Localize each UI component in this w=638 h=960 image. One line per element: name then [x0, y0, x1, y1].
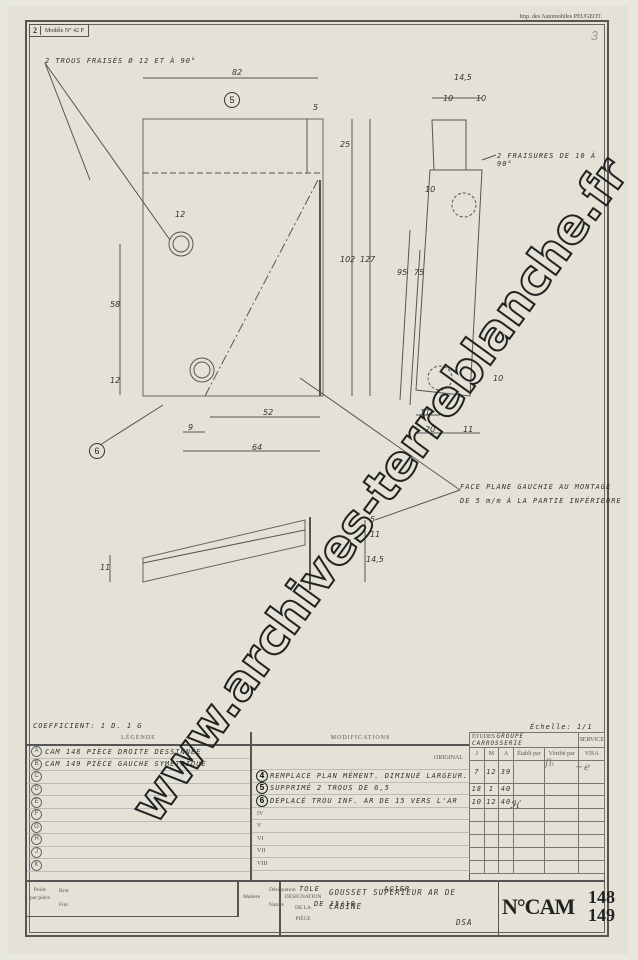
mod-row-original: ORIGINAL: [252, 746, 469, 770]
mod-mark: 4: [256, 770, 268, 782]
weight-brut: Brut: [59, 888, 69, 894]
dim-127: 127: [360, 255, 375, 264]
mod-row: VI: [252, 833, 469, 846]
original-label: ORIGINAL: [434, 755, 463, 761]
modifications-header: MODIFICATIONS: [252, 732, 469, 746]
note-face-line2: DE 5 m/m À LA PARTIE INFÉRIEURE: [460, 497, 622, 505]
dim-9: 9: [188, 423, 193, 432]
mod-mark: IV: [252, 811, 277, 817]
dim-95: 95: [397, 268, 407, 277]
mod-row: VIII: [252, 858, 469, 871]
dim-10b: 10: [476, 94, 486, 103]
part-code: DSA: [456, 918, 473, 927]
callout-6: 6: [89, 443, 105, 459]
dim-75: 75: [414, 268, 424, 277]
drawing-number-box: N°CAM 148 149: [496, 882, 632, 935]
weight-fini: Fini: [59, 902, 68, 908]
part-name-line1: GOUSSET SUPÉRIEUR AR DE: [329, 888, 456, 897]
legend-letter: B: [31, 759, 42, 770]
mod-mark: V: [252, 823, 277, 829]
mod-row: VII: [252, 846, 469, 859]
part-designation-box: DÉSIGNATION DE LA PIÈCE GOUSSET SUPÉRIEU…: [279, 882, 499, 935]
dim-sec-14-5: 14,5: [366, 555, 384, 564]
drawing-number-2: 149: [588, 906, 615, 924]
mod-row: 6DÉPLACÉ TROU INF. AR DE 15 VERS L'AR: [252, 795, 469, 808]
service-header: SERVICE: [579, 733, 605, 748]
drawing-number-1: 148: [588, 888, 615, 906]
dim-25: 25: [340, 140, 350, 149]
legend-letter: J: [31, 847, 42, 858]
mod-text: SUPPRIMÉ 2 TROUS DE 6,5: [270, 784, 390, 792]
mod-mark: 6: [256, 795, 268, 807]
dim-5: 5: [313, 103, 318, 112]
drawing-number-label: N°CAM: [502, 894, 574, 920]
dim-sec-11: 11: [100, 563, 110, 572]
mod-text: REMPLACE PLAN MÉMENT. DIMINUÉ LARGEUR.: [270, 772, 468, 780]
dim-11b: 11: [463, 425, 473, 434]
callout-5: 5: [224, 92, 240, 108]
weight-label: Poids par pièce: [30, 886, 50, 902]
mod-row: IV: [252, 808, 469, 821]
dim-10a: 10: [443, 94, 453, 103]
dim-10c: 10: [425, 185, 435, 194]
legend-letter: C: [31, 771, 42, 782]
etudes-row: 18 1 40: [470, 783, 605, 796]
bottom-block: Poids par pièce Brut Fini Matière Désign…: [27, 880, 605, 935]
signature-verifie-1: ſ⁠iᵢ: [545, 758, 554, 769]
col-visa: VISA: [579, 748, 605, 761]
legend-letter: A: [31, 746, 42, 757]
col-m: M: [484, 748, 499, 761]
col-etabli: Établi par: [513, 748, 544, 761]
etudes-row: 10 12 40: [470, 796, 605, 809]
legend-letter: K: [31, 860, 42, 871]
legend-letter: F: [31, 809, 42, 820]
legend-row: H: [27, 834, 250, 847]
dim-52: 52: [263, 408, 273, 417]
plate-outline: [143, 119, 323, 396]
note-holes: 2 TROUS FRAISÉS Ø 12 ET À 90°: [45, 57, 196, 65]
dim-12: 12: [175, 210, 185, 219]
weight-box: Poids par pièce Brut Fini: [27, 882, 239, 917]
note-face: FACE PLANE GAUCHIE AU MONTAGE: [460, 483, 611, 491]
part-name-line2: CABINE: [329, 902, 362, 911]
dim-82: 82: [232, 68, 242, 77]
mod-row: 4REMPLACE PLAN MÉMENT. DIMINUÉ LARGEUR.: [252, 770, 469, 783]
legend-letter: E: [31, 797, 42, 808]
scale: Échelle: 1/1: [530, 723, 593, 731]
mod-text: DÉPLACÉ TROU INF. AR DE 15 VERS L'AR: [270, 797, 458, 805]
etudes-header: ÉTUDES GROUPE CARROSSERIE: [470, 733, 579, 748]
mod-mark: VIII: [252, 861, 277, 867]
modifications-table: MODIFICATIONS ORIGINAL 4REMPLACE PLAN MÉ…: [252, 732, 470, 880]
etudes-table: ÉTUDES GROUPE CARROSSERIE SERVICE J M A …: [469, 732, 605, 880]
dim-64: 64: [252, 443, 262, 452]
mod-row: V: [252, 820, 469, 833]
dim-14-5: 14,5: [454, 73, 472, 82]
part-label-3: PIÈCE: [284, 914, 322, 925]
material-label: Matière: [243, 894, 260, 900]
legend-row: G: [27, 822, 250, 835]
dim-12-vert: 12: [110, 376, 120, 385]
dim-58: 58: [110, 300, 120, 309]
col-a: A: [499, 748, 514, 761]
mod-mark: 5: [256, 782, 268, 794]
col-j: J: [470, 748, 485, 761]
legend-row: K: [27, 859, 250, 872]
dim-102: 102: [340, 255, 355, 264]
legend-letter: H: [31, 834, 42, 845]
signature-visa-1: ~ℯ: [575, 762, 589, 773]
mod-mark: VII: [252, 848, 277, 854]
legend-letter: G: [31, 822, 42, 833]
part-label-1: DÉSIGNATION: [284, 892, 322, 903]
legend-row: J: [27, 847, 250, 860]
coefficient: COEFFICIENT: 1 D. 1 G: [33, 722, 143, 730]
mod-mark: VI: [252, 836, 277, 842]
part-label-2: DE LA: [284, 903, 322, 914]
mod-row: 5SUPPRIMÉ 2 TROUS DE 6,5: [252, 783, 469, 796]
legend-letter: D: [31, 784, 42, 795]
signature-etabli: ℋ: [510, 800, 520, 811]
